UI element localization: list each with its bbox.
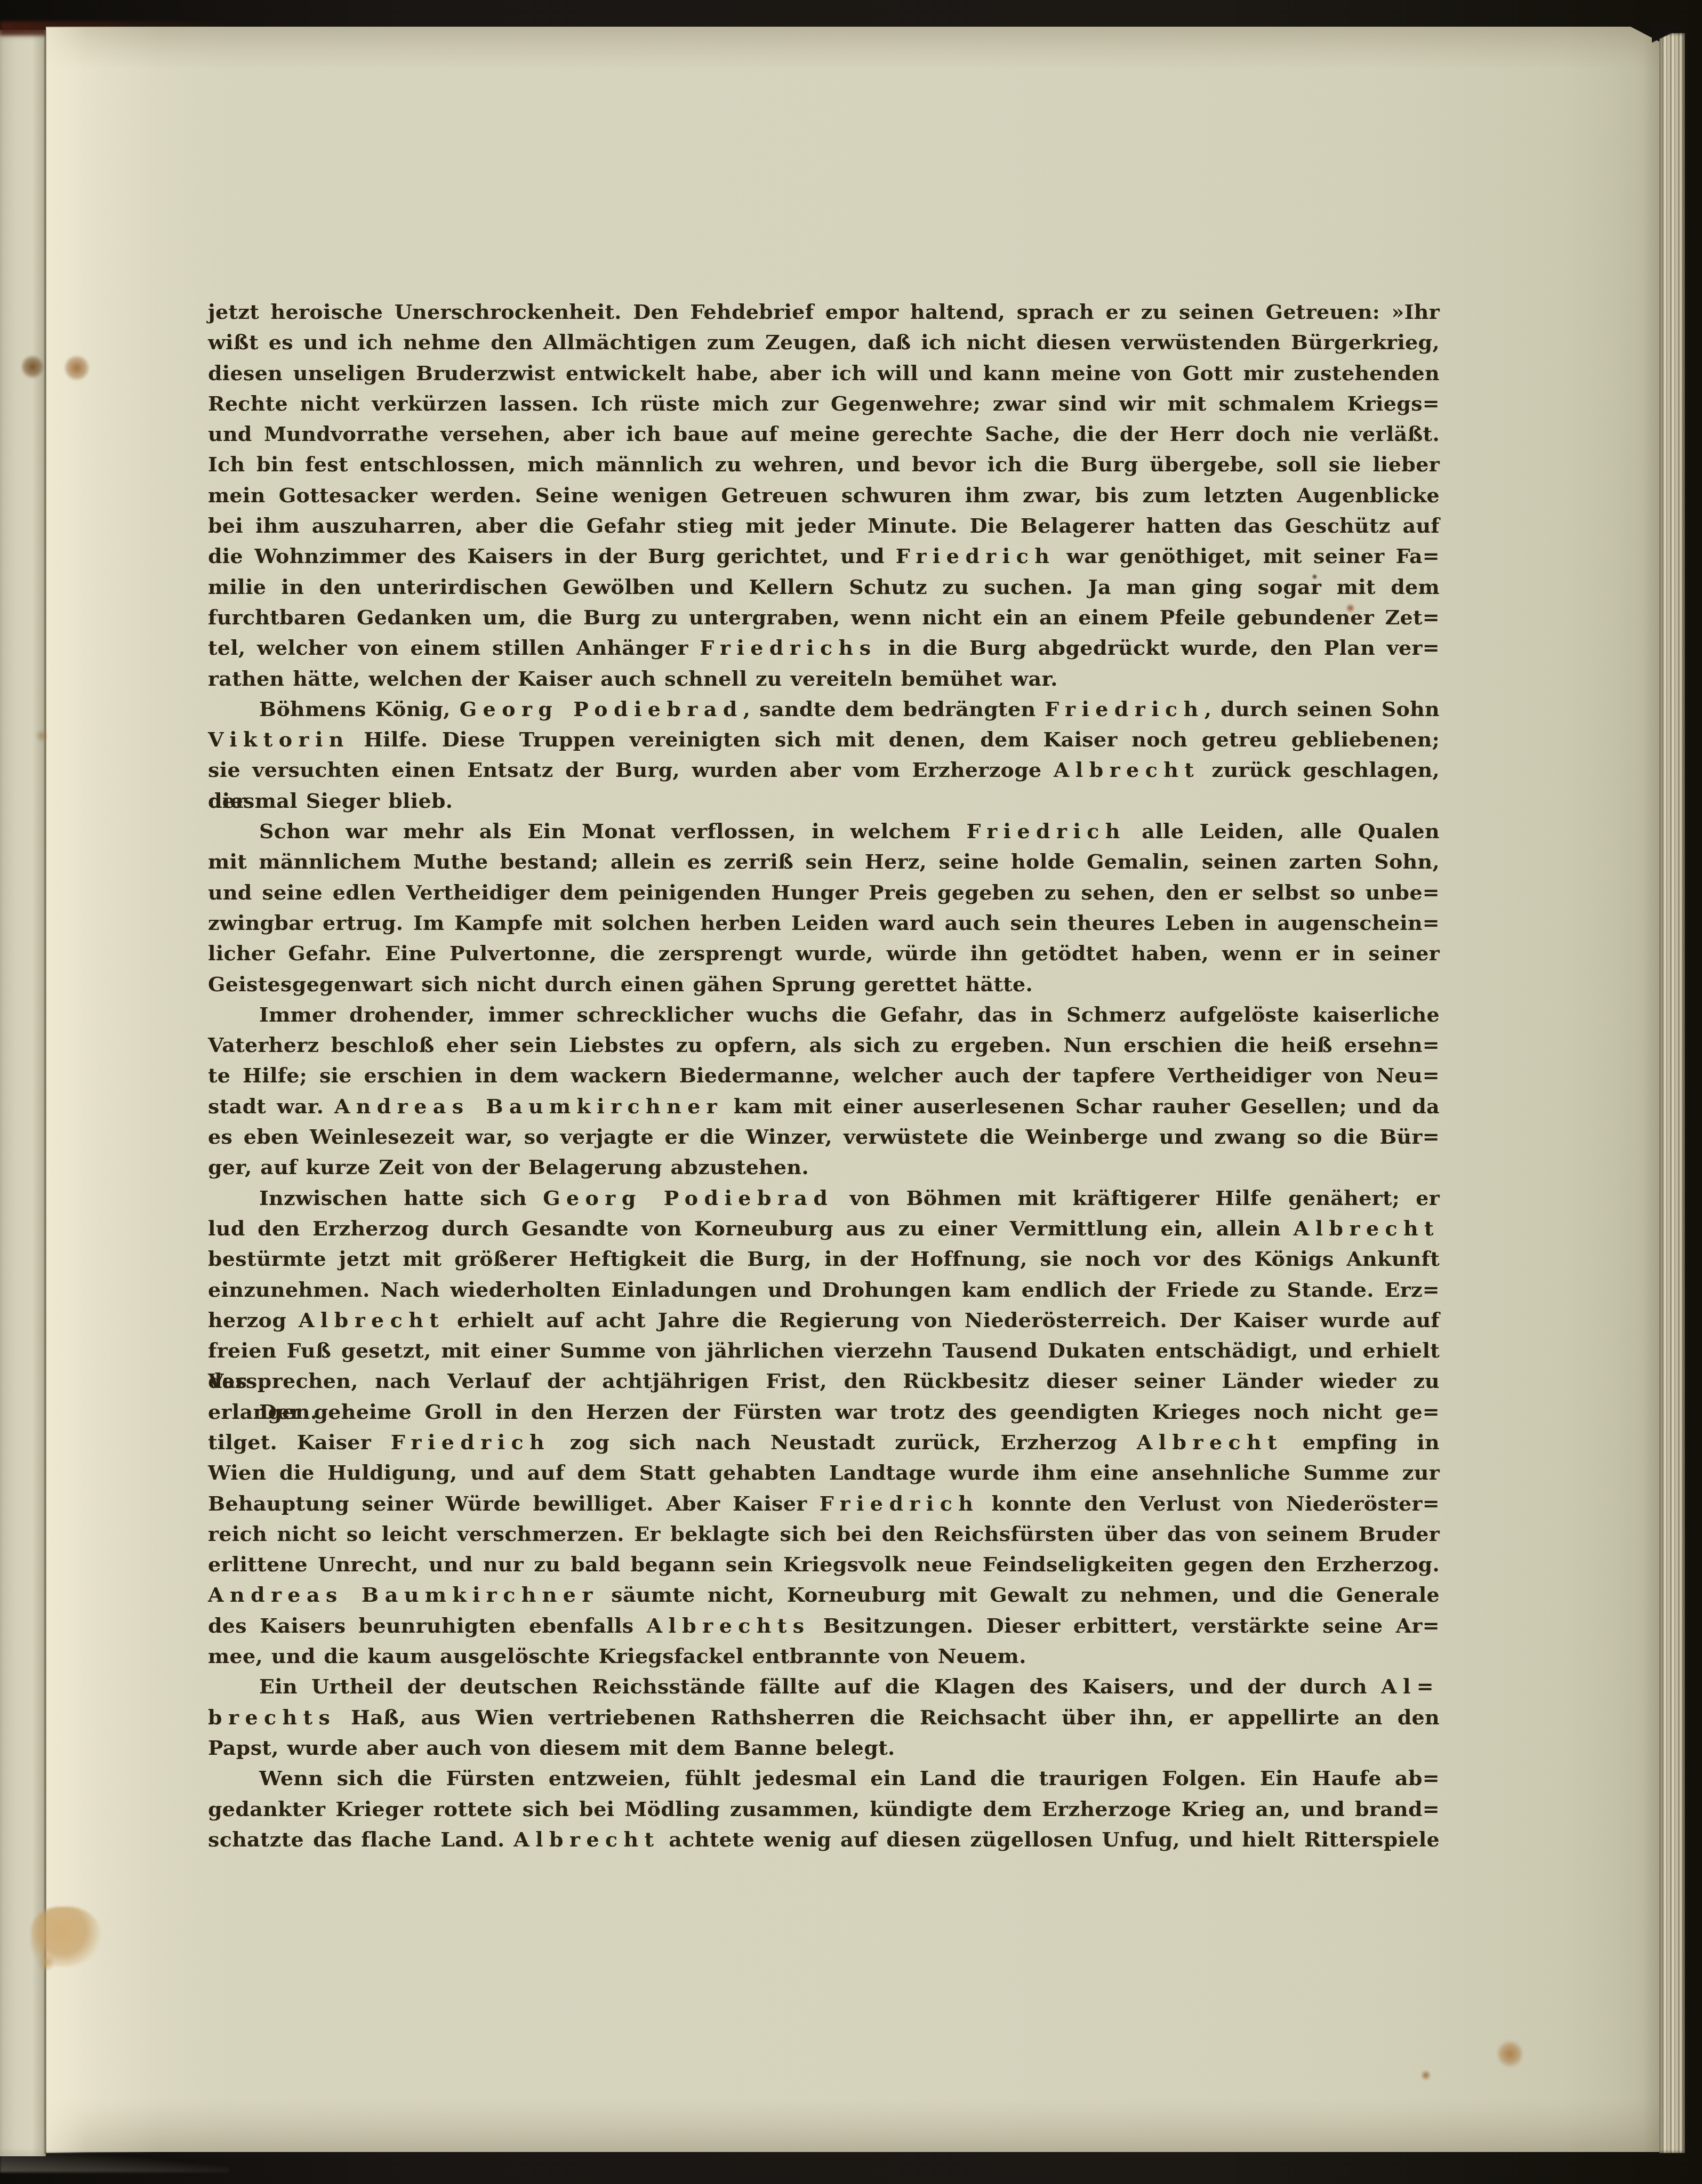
text-segment: Geistesgegenwart sich nicht durch einen … xyxy=(208,972,1033,996)
letterspaced-name: Friedrich xyxy=(896,544,1055,568)
text-line: furchtbaren Gedanken um, die Burg zu unt… xyxy=(208,602,1440,632)
text-segment: achtete wenig auf diesen zügellosen Unfu… xyxy=(660,1827,1440,1851)
text-segment: licher Gefahr. Eine Pulvertonne, die zer… xyxy=(208,941,1440,965)
text-line: tilget. Kaiser Friedrich zog sich nach N… xyxy=(208,1427,1440,1457)
text-segment: bei ihm auszuharren, aber die Gefahr sti… xyxy=(208,513,1440,537)
text-segment: Wien die Huldigung, und auf dem Statt ge… xyxy=(208,1460,1440,1484)
letterspaced-name: Andreas Baumkirchner xyxy=(334,1094,723,1118)
text-line: mein Gottesacker werden. Seine wenigen G… xyxy=(208,480,1440,510)
text-line: schatzte das flache Land. Albrecht achte… xyxy=(208,1824,1440,1854)
text-line: Geistesgegenwart sich nicht durch einen … xyxy=(208,969,1440,999)
text-segment: einzunehmen. Nach wiederholten Einladung… xyxy=(208,1278,1440,1302)
text-segment: in die Burg abgedrückt wurde, den Plan v… xyxy=(877,636,1440,660)
letterspaced-name: Georg Podiebrad xyxy=(460,697,743,721)
letterspaced-name: Friedrich xyxy=(391,1430,550,1454)
text-segment: Immer drohender, immer schrecklicher wuc… xyxy=(259,1002,1440,1026)
text-line: tel, welcher von einem stillen Anhänger … xyxy=(208,632,1440,663)
text-line: Schon war mehr als Ein Monat verflossen,… xyxy=(208,816,1440,846)
letterspaced-name: Albrecht xyxy=(1054,758,1200,782)
text-segment: mee, und die kaum ausgelöschte Kriegsfac… xyxy=(208,1644,1026,1668)
text-line: milie in den unterirdischen Gewölben und… xyxy=(208,572,1440,602)
text-segment: Rechte nicht verkürzen lassen. Ich rüste… xyxy=(208,391,1440,415)
text-segment: furchtbaren Gedanken um, die Burg zu unt… xyxy=(208,605,1440,629)
bottom-underleaf-shadow xyxy=(0,2150,229,2172)
text-segment: Behauptung seiner Würde bewilliget. Aber… xyxy=(208,1491,820,1515)
letterspaced-name: Albrecht xyxy=(1137,1430,1283,1454)
gutter-crease xyxy=(44,30,46,2154)
text-segment: bestürmte jetzt mit größerer Heftigkeit … xyxy=(208,1247,1440,1271)
text-segment: des Kaisers beunruhigten ebenfalls xyxy=(208,1613,647,1637)
letterspaced-name: Friedrich xyxy=(1045,697,1204,721)
letterspaced-name: Georg Podiebrad xyxy=(543,1186,833,1210)
letterspaced-name: Albrecht xyxy=(513,1827,660,1851)
text-segment: Wenn sich die Fürsten entzweien, fühlt j… xyxy=(259,1766,1440,1790)
text-segment: Haß, aus Wien vertriebenen Rathsherren d… xyxy=(336,1705,1440,1729)
text-line: lud den Erzherzog durch Gesandte von Kor… xyxy=(208,1213,1440,1243)
text-line: mee, und die kaum ausgelöschte Kriegsfac… xyxy=(208,1641,1440,1671)
text-line: bestürmte jetzt mit größerer Heftigkeit … xyxy=(208,1243,1440,1274)
letterspaced-name: brechts xyxy=(208,1705,336,1729)
letterspaced-name: Friedrich xyxy=(966,819,1126,843)
text-segment: gedankter Krieger rottete sich bei Mödli… xyxy=(208,1797,1440,1821)
book-scan: jetzt heroische Unerschrockenheit. Den F… xyxy=(0,0,1702,2184)
page-corner-cut xyxy=(1652,25,1689,43)
text-segment: erlittene Unrecht, und nur zu bald began… xyxy=(208,1552,1440,1576)
text-line: gedankter Krieger rottete sich bei Mödli… xyxy=(208,1794,1440,1824)
text-line: Behauptung seiner Würde bewilliget. Aber… xyxy=(208,1488,1440,1519)
text-line: jetzt heroische Unerschrockenheit. Den F… xyxy=(208,296,1440,327)
text-segment: milie in den unterirdischen Gewölben und… xyxy=(208,575,1440,599)
text-line: stadt war. Andreas Baumkirchner kam mit … xyxy=(208,1091,1440,1121)
text-segment: und seine edlen Vertheidiger dem peinige… xyxy=(208,880,1440,904)
text-segment: Ein Urtheil der deutschen Reichsstände f… xyxy=(259,1674,1381,1698)
text-line: Böhmens König, Georg Podiebrad, sandte d… xyxy=(208,694,1440,724)
text-line: Der geheime Groll in den Herzen der Fürs… xyxy=(208,1396,1440,1427)
text-segment: die Wohnzimmer des Kaisers in der Burg g… xyxy=(208,544,896,568)
text-segment: sie versuchten einen Entsatz der Burg, w… xyxy=(208,758,1054,782)
text-segment: Ich bin fest entschlossen, mich männlich… xyxy=(208,452,1440,476)
text-line: Versprechen, nach Verlauf der achtjährig… xyxy=(208,1366,1440,1396)
text-line: erlittene Unrecht, und nur zu bald began… xyxy=(208,1549,1440,1579)
text-line: ger, auf kurze Zeit von der Belagerung a… xyxy=(208,1152,1440,1182)
text-segment: Der geheime Groll in den Herzen der Fürs… xyxy=(259,1400,1440,1424)
text-line: sie versuchten einen Entsatz der Burg, w… xyxy=(208,754,1440,785)
text-segment: jetzt heroische Unerschrockenheit. Den F… xyxy=(208,300,1440,324)
text-line: die Wohnzimmer des Kaisers in der Burg g… xyxy=(208,541,1440,571)
text-segment: empfing in xyxy=(1283,1430,1440,1454)
text-line: mit männlichem Muthe bestand; allein es … xyxy=(208,846,1440,877)
text-segment: , durch seinen Sohn xyxy=(1205,697,1440,721)
text-segment: reich nicht so leicht verschmerzen. Er b… xyxy=(208,1522,1440,1546)
text-line: Andreas Baumkirchner säumte nicht, Korne… xyxy=(208,1579,1440,1610)
text-line: Immer drohender, immer schrecklicher wuc… xyxy=(208,999,1440,1030)
text-segment: tel, welcher von einem stillen Anhänger xyxy=(208,636,700,660)
text-segment: und Mundvorrathe versehen, aber ich baue… xyxy=(208,422,1440,446)
text-line: Wenn sich die Fürsten entzweien, fühlt j… xyxy=(208,1763,1440,1793)
page-text-block: jetzt heroische Unerschrockenheit. Den F… xyxy=(208,296,1440,1854)
text-segment: Vaterherz beschloß eher sein Liebstes zu… xyxy=(208,1033,1440,1057)
text-segment: rathen hätte, welchen der Kaiser auch sc… xyxy=(208,667,1058,690)
letterspaced-name: Andreas Baumkirchner xyxy=(208,1583,599,1607)
text-segment: kam mit einer auserlesenen Schar rauher … xyxy=(723,1094,1440,1118)
letterspaced-name: Viktorin xyxy=(208,727,350,751)
text-line: Vaterherz beschloß eher sein Liebstes zu… xyxy=(208,1030,1440,1060)
text-line: Ich bin fest entschlossen, mich männlich… xyxy=(208,449,1440,479)
text-segment: lud den Erzherzog durch Gesandte von Kor… xyxy=(208,1216,1294,1240)
letterspaced-name: Albrechts xyxy=(647,1613,810,1637)
text-segment: säumte nicht, Korneuburg mit Gewalt zu n… xyxy=(599,1583,1440,1607)
letterspaced-name: Friedrichs xyxy=(700,636,877,660)
text-segment: war genöthiget, mit seiner Fa= xyxy=(1055,544,1440,568)
text-line: Viktorin Hilfe. Diese Truppen vereinigte… xyxy=(208,724,1440,754)
text-segment: Schon war mehr als Ein Monat verflossen,… xyxy=(259,819,966,843)
text-segment: wißt es und ich nehme den Allmächtigen z… xyxy=(208,330,1440,354)
text-line: licher Gefahr. Eine Pulvertonne, die zer… xyxy=(208,938,1440,968)
text-line: Papst, wurde aber auch von diesem mit de… xyxy=(208,1732,1440,1763)
text-line: und seine edlen Vertheidiger dem peinige… xyxy=(208,877,1440,908)
text-line: zwingbar ertrug. Im Kampfe mit solchen h… xyxy=(208,908,1440,938)
text-segment: te Hilfe; sie erschien in dem wackern Bi… xyxy=(208,1063,1440,1087)
text-line: rathen hätte, welchen der Kaiser auch sc… xyxy=(208,663,1440,694)
text-line: te Hilfe; sie erschien in dem wackern Bi… xyxy=(208,1060,1440,1090)
text-line: und Mundvorrathe versehen, aber ich baue… xyxy=(208,419,1440,449)
letterspaced-name: Al= xyxy=(1381,1674,1440,1698)
text-segment: tilget. Kaiser xyxy=(208,1430,391,1454)
text-segment: alle Leiden, alle Qualen xyxy=(1126,819,1440,843)
text-segment: mein Gottesacker werden. Seine wenigen G… xyxy=(208,483,1440,507)
text-segment: Papst, wurde aber auch von diesem mit de… xyxy=(208,1736,895,1760)
text-segment: zwingbar ertrug. Im Kampfe mit solchen h… xyxy=(208,911,1440,935)
letterspaced-name: Albrecht xyxy=(1294,1216,1440,1240)
text-line: Inzwischen hatte sich Georg Podiebrad vo… xyxy=(208,1183,1440,1213)
text-line: einzunehmen. Nach wiederholten Einladung… xyxy=(208,1274,1440,1305)
text-line: Rechte nicht verkürzen lassen. Ich rüste… xyxy=(208,388,1440,419)
text-line: es eben Weinlesezeit war, so verjagte er… xyxy=(208,1121,1440,1152)
text-segment: diesen unseligen Bruderzwist entwickelt … xyxy=(208,361,1440,385)
text-segment: schatzte das flache Land. xyxy=(208,1827,513,1851)
text-line: herzog Albrecht erhielt auf acht Jahre d… xyxy=(208,1305,1440,1335)
text-segment: stadt war. xyxy=(208,1094,334,1118)
text-segment: von Böhmen mit kräftigerer Hilfe genäher… xyxy=(833,1186,1440,1210)
text-segment: , sandte dem bedrängten xyxy=(743,697,1045,721)
text-segment: herzog xyxy=(208,1308,299,1332)
text-segment: Inzwischen hatte sich xyxy=(259,1186,543,1210)
text-line: diesmal Sieger blieb. xyxy=(208,785,1440,816)
text-line: freien Fuß gesetzt, mit einer Summe von … xyxy=(208,1335,1440,1366)
text-segment: diesmal Sieger blieb. xyxy=(208,789,453,813)
letterspaced-name: Albrecht xyxy=(299,1308,445,1332)
text-line: reich nicht so leicht verschmerzen. Er b… xyxy=(208,1519,1440,1549)
text-line: bei ihm auszuharren, aber die Gefahr sti… xyxy=(208,510,1440,541)
letterspaced-name: Friedrich xyxy=(820,1491,979,1515)
text-segment: erhielt auf acht Jahre die Regierung von… xyxy=(445,1308,1440,1332)
text-segment: Besitzungen. Dieser erbittert, verstärkt… xyxy=(810,1613,1440,1637)
text-segment: Böhmens König, xyxy=(259,697,460,721)
text-line: brechts Haß, aus Wien vertriebenen Raths… xyxy=(208,1702,1440,1732)
text-line: des Kaisers beunruhigten ebenfalls Albre… xyxy=(208,1610,1440,1641)
text-segment: konnte den Verlust von Niederöster= xyxy=(979,1491,1440,1515)
text-segment: ger, auf kurze Zeit von der Belagerung a… xyxy=(208,1155,809,1179)
text-line: Ein Urtheil der deutschen Reichsstände f… xyxy=(208,1671,1440,1701)
text-line: diesen unseligen Bruderzwist entwickelt … xyxy=(208,358,1440,388)
text-segment: es eben Weinlesezeit war, so verjagte er… xyxy=(208,1125,1440,1149)
text-line: wißt es und ich nehme den Allmächtigen z… xyxy=(208,327,1440,357)
text-segment: zog sich nach Neustadt zurück, Erzherzog xyxy=(550,1430,1137,1454)
text-line: Wien die Huldigung, und auf dem Statt ge… xyxy=(208,1457,1440,1488)
text-segment: Hilfe. Diese Truppen vereinigten sich mi… xyxy=(350,727,1440,751)
page-edge-stack xyxy=(1659,33,1685,2153)
text-segment: mit männlichem Muthe bestand; allein es … xyxy=(208,849,1440,873)
previous-page-edge xyxy=(0,30,46,2156)
